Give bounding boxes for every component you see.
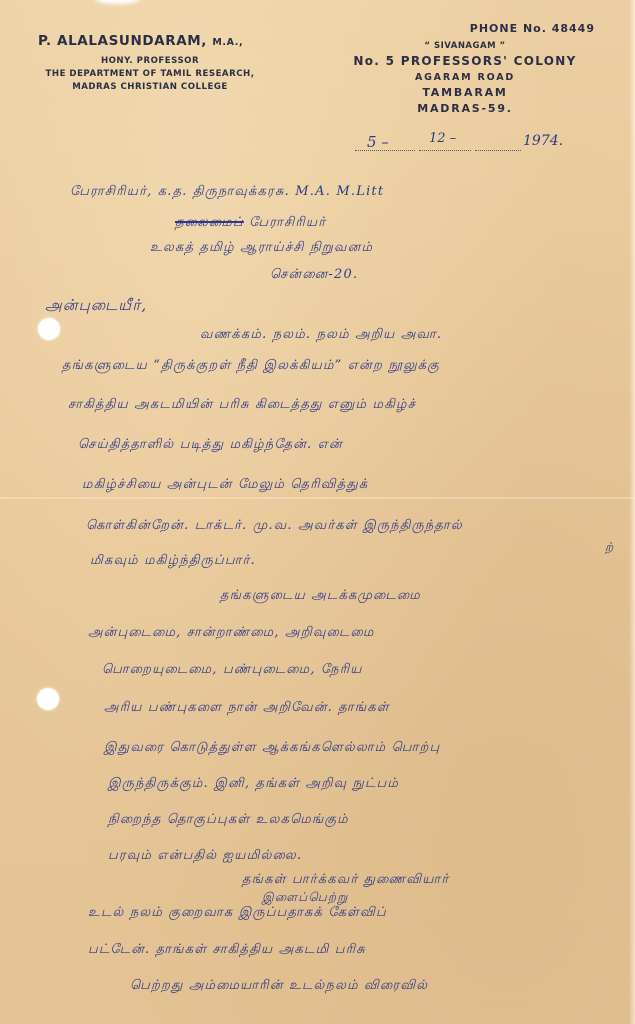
date-month: 12 – [429, 131, 456, 146]
body-line: இருந்திருக்கும். இனி, தங்கள் அறிவு நுட்ப… [108, 776, 399, 792]
body-line: அரிய பண்புகளை நான் அறிவேன். தாங்கள் [104, 700, 390, 716]
sender-name: P. ALALASUNDARAM, M.A., [30, 33, 270, 49]
letterhead-address: PHONE No. 48449 “ SIVANAGAM ” No. 5 PROF… [330, 22, 600, 115]
struck-word: தலைமைப் [175, 215, 244, 230]
street-address: No. 5 PROFESSORS' COLONY [330, 54, 600, 68]
body-line: பொறையுடைமை, பண்புடைமை, நேரிய [102, 662, 363, 678]
date-dotted-line [419, 150, 471, 151]
body-line: செய்தித்தாளில் படித்து மகிழ்ந்தேன். என் [78, 437, 343, 453]
body-line: மிகவும் மகிழ்ந்திருப்பார். [90, 553, 256, 569]
body-line: தங்களுடைய அடக்கமுடைமை [220, 588, 421, 604]
sender-degree: M.A., [212, 37, 243, 48]
letterhead-sender: P. ALALASUNDARAM, M.A., HONY. PROFESSOR … [30, 33, 270, 92]
letter-date: 5 – 12 – 1974. [355, 133, 575, 153]
margin-insert: ற் [605, 540, 614, 556]
sender-department: THE DEPARTMENT OF TAMIL RESEARCH, [30, 69, 270, 79]
road-name: AGARAM ROAD [330, 72, 600, 83]
body-line: தங்கள் பார்க்கவர் துணைவியார் [242, 872, 449, 888]
body-line: மகிழ்ச்சியை அன்புடன் மேலும் தெரிவித்துக் [82, 477, 368, 493]
paper-edge [629, 0, 635, 1024]
addressee-title: தலைமைப் பேராசிரியர் [175, 215, 326, 231]
body-line: நிறைந்த தொகுப்புகள் உலகமெங்கும் [108, 812, 349, 828]
date-day: 5 – [367, 133, 389, 151]
greeting: வணக்கம். நலம். நலம் அறிய அவா. [200, 327, 442, 343]
phone-number: PHONE No. 48449 [330, 22, 600, 35]
body-line: பரவும் என்பதில் ஐயமில்லை. [108, 848, 302, 864]
house-name: “ SIVANAGAM ” [330, 41, 600, 51]
town-name: TAMBARAM [330, 86, 600, 99]
punch-hole [37, 688, 59, 710]
scan-glare [95, 0, 140, 4]
city-name: MADRAS-59. [330, 102, 600, 115]
insertion-above: இளைப்பெற்று [262, 890, 348, 906]
body-line: கொள்கின்றேன். டாக்டர். மு.வ. அவர்கள் இரு… [86, 518, 463, 534]
body-line: சாகித்திய அகடமியின் பரிசு கிடைத்தது எனும… [68, 397, 416, 413]
body-line: பெற்றது அம்மையாரின் உடல்நலம் விரைவில் [130, 978, 428, 994]
addressee-city: சென்னை-20. [270, 267, 358, 283]
date-year: 1974. [523, 133, 563, 149]
salutation: அன்புடையீர், [45, 296, 147, 316]
addressee-name: பேராசிரியர், க.த. திருநாவுக்கரசு. M.A. M… [70, 184, 384, 200]
body-line: தங்களுடைய “திருக்குறள் நீதி இலக்கியம்” எ… [62, 358, 440, 374]
date-dotted-line [475, 150, 521, 151]
body-line: அன்புடைமை, சான்றாண்மை, அறிவுடைமை [88, 625, 375, 641]
addressee-institution: உலகத் தமிழ் ஆராய்ச்சி நிறுவனம் [150, 240, 373, 256]
punch-hole [38, 318, 60, 340]
sender-title: HONY. PROFESSOR [30, 56, 270, 66]
body-line: இதுவரை கொடுத்துள்ள ஆக்கங்களெல்லாம் பொற்ப… [104, 740, 440, 756]
paper-fold [0, 497, 635, 499]
sender-college: MADRAS CHRISTIAN COLLEGE [30, 82, 270, 92]
body-line: பட்டேன். தாங்கள் சாகித்திய அகடமி பரிசு [88, 942, 366, 958]
